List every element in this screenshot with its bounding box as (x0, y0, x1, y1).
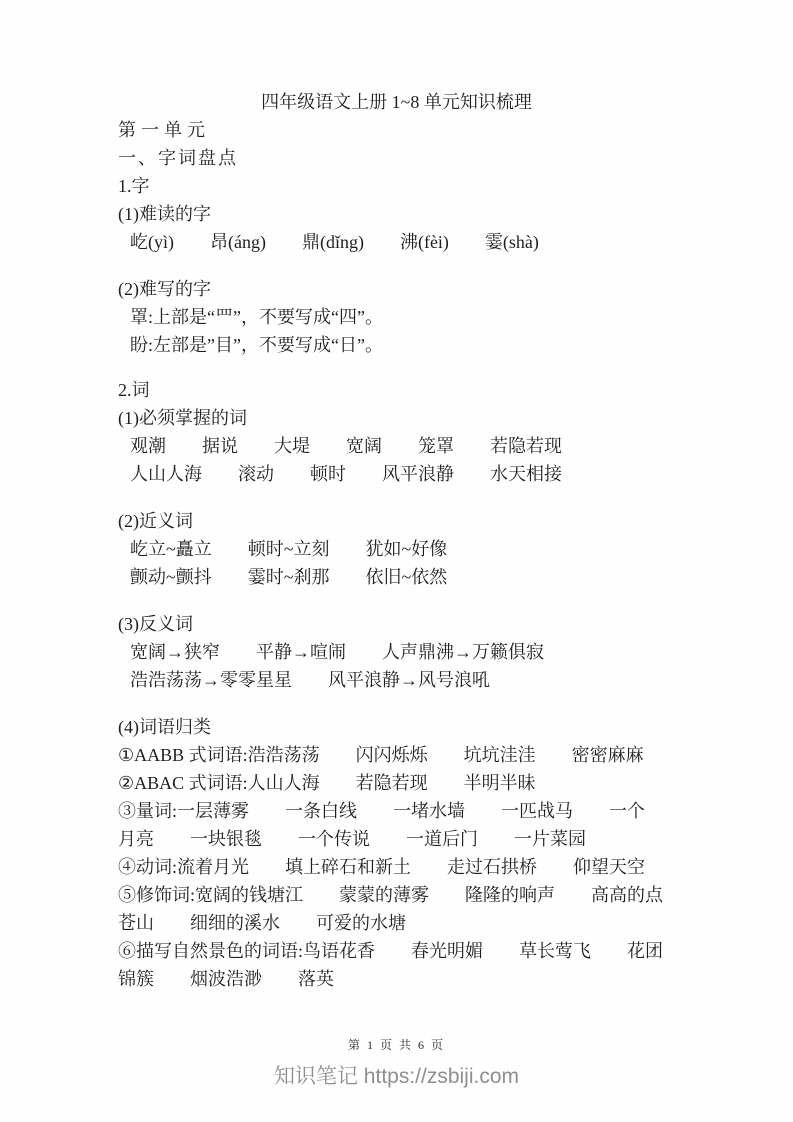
category-modifiers-row: 苍山 细细的溪水 可爱的水塘 (118, 909, 683, 937)
section-heading: 一、字词盘点 (118, 144, 683, 172)
category-scenery-words-row: ⑥描写自然景色的词语:鸟语花香 春光明媚 草长莺飞 花团 (118, 937, 683, 965)
antonyms-heading: (3)反义词 (118, 610, 683, 638)
category-aabb-row: ①AABB 式词语:浩浩荡荡 闪闪烁烁 坑坑洼洼 密密麻麻 (118, 741, 683, 769)
antonyms-row: 浩浩荡荡→零零星星 风平浪静→风号浪吼 (118, 666, 683, 694)
synonyms-row: 颤动~颤抖 霎时~刹那 依旧~依然 (118, 563, 683, 591)
synonyms-heading: (2)近义词 (118, 507, 683, 535)
category-modifiers-row: ⑤修饰词:宽阔的钱塘江 蒙蒙的薄雾 隆隆的响声 高高的点 (118, 881, 683, 909)
category-scenery-words-row: 锦簇 烟波浩渺 落英 (118, 965, 683, 993)
hard-read-words: 屹(yì) 昂(áng) 鼎(dǐng) 沸(fèi) 霎(shà) (118, 228, 683, 256)
category-measure-words-row: 月亮 一块银毯 一个传说 一道后门 一片菜园 (118, 825, 683, 853)
hard-read-heading: (1)难读的字 (118, 200, 683, 228)
must-master-heading: (1)必须掌握的词 (118, 404, 683, 432)
synonyms-row: 屹立~矗立 顿时~立刻 犹如~好像 (118, 535, 683, 563)
category-abac-row: ②ABAC 式词语:人山人海 若隐若现 半明半昧 (118, 769, 683, 797)
must-master-words-row: 人山人海 滚动 顿时 风平浪静 水天相接 (118, 460, 683, 488)
document-page: 四年级语文上册 1~8 单元知识梳理 第一单元 一、字词盘点 1.字 (1)难读… (0, 0, 793, 1122)
must-master-words-row: 观潮 据说 大堤 宽阔 笼罩 若隐若现 (118, 432, 683, 460)
subsection-heading-ci: 2.词 (118, 376, 683, 404)
watermark-site-link[interactable]: 知识笔记 https://zsbiji.com (0, 1060, 793, 1090)
hard-write-note-pan: 盼:左部是”目”，不要写成“日”。 (118, 331, 683, 359)
unit-heading: 第一单元 (118, 116, 683, 144)
page-number-info: 第 1 页 共 6 页 (0, 1036, 793, 1053)
category-measure-words-row: ③量词:一层薄雾 一条白线 一堵水墙 一匹战马 一个 (118, 797, 683, 825)
categories-heading: (4)词语归类 (118, 713, 683, 741)
document-body: 四年级语文上册 1~8 单元知识梳理 第一单元 一、字词盘点 1.字 (1)难读… (118, 88, 683, 993)
subsection-heading-zi: 1.字 (118, 172, 683, 200)
hard-write-heading: (2)难写的字 (118, 275, 683, 303)
antonyms-row: 宽阔→狭窄 平静→喧闹 人声鼎沸→万籁俱寂 (118, 638, 683, 666)
hard-write-note-zhao: 罩:上部是“罒”，不要写成“四”。 (118, 303, 683, 331)
category-verbs-row: ④动词:流着月光 填上碎石和新土 走过石拱桥 仰望天空 (118, 853, 683, 881)
doc-title: 四年级语文上册 1~8 单元知识梳理 (0, 88, 793, 116)
